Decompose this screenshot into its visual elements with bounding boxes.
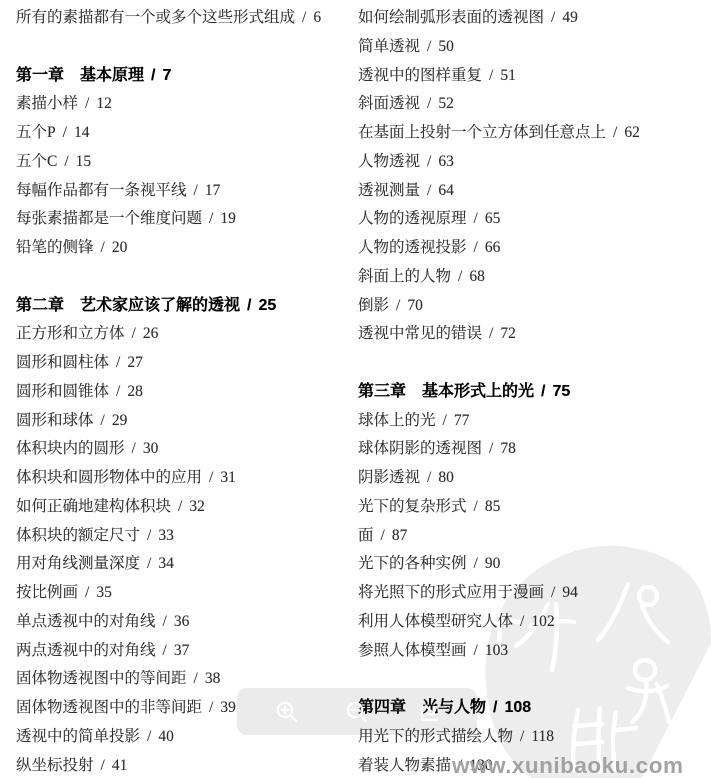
toc-entry-page: 66 xyxy=(485,239,501,256)
toc-entry-title: 每张素描都是一个维度问题 xyxy=(16,210,202,227)
toc-entry-page: 31 xyxy=(220,469,236,486)
toc-entry-page: 25 xyxy=(258,297,276,314)
toc-entry-page: 32 xyxy=(189,498,205,515)
toc-entry-separator: / xyxy=(194,670,198,687)
toc-entry-title: 透视中的简单投影 xyxy=(16,728,140,745)
toc-entry-separator: / xyxy=(474,239,478,256)
toc-entry-separator: / xyxy=(116,354,120,371)
toc-entry-title: 体积块的额定尺寸 xyxy=(16,527,140,544)
toc-entry-title: 第二章 艺术家应该了解的透视 xyxy=(16,297,240,314)
zoom-in-button[interactable] xyxy=(270,695,304,729)
toc-entry-separator: / xyxy=(427,95,431,112)
toc-entry-page: 28 xyxy=(127,383,143,400)
toc-entry-page: 68 xyxy=(469,268,485,285)
toc-entry-page: 33 xyxy=(158,527,174,544)
toc-entry: 斜面透视/52 xyxy=(358,90,708,119)
toc-entry-separator: / xyxy=(427,182,431,199)
toc-entry: 正方形和立方体/26 xyxy=(16,320,351,349)
toc-entry-separator: / xyxy=(64,153,68,170)
toc-entry-separator: / xyxy=(132,325,136,342)
toc-entry: 人物的透视投影/66 xyxy=(358,234,708,263)
toc-entry-title: 五个P xyxy=(16,124,56,141)
toc-entry-title: 单点透视中的对角线 xyxy=(16,613,156,630)
toc-entry: 将光照下的形式应用于漫画/94 xyxy=(358,579,708,608)
toc-entry-separator: / xyxy=(163,613,167,630)
toc-entry-title: 正方形和立方体 xyxy=(16,325,125,342)
toc-entry-separator: / xyxy=(381,527,385,544)
toc-entry-title: 所有的素描都有一个或多个这些形式组成 xyxy=(16,9,295,26)
toc-entry-separator: / xyxy=(474,498,478,515)
zoom-in-icon xyxy=(270,699,304,725)
toc-entry-page: 26 xyxy=(143,325,159,342)
toc-entry: 按比例画/35 xyxy=(16,579,351,608)
toc-entry: 所有的素描都有一个或多个这些形式组成/6 xyxy=(16,4,351,33)
toc-entry-separator: / xyxy=(474,555,478,572)
toc-entry-title: 球体阴影的透视图 xyxy=(358,440,482,457)
toc-entry-separator: / xyxy=(247,297,251,314)
toc-entry-separator: / xyxy=(116,383,120,400)
toc-entry-separator: / xyxy=(541,383,545,400)
toc-entry-separator: / xyxy=(132,440,136,457)
toc-entry-separator: / xyxy=(489,325,493,342)
toc-entry-title: 固体物透视图中的非等间距 xyxy=(16,699,202,716)
toc-entry-title: 体积块和圆形物体中的应用 xyxy=(16,469,202,486)
toc-entry-page: 102 xyxy=(531,613,554,630)
toc-entry-page: 29 xyxy=(112,412,128,429)
toc-chapter-entry: 第二章 艺术家应该了解的透视/25 xyxy=(16,292,351,321)
toc-entry-title: 光下的复杂形式 xyxy=(358,498,467,515)
toc-entry-page: 20 xyxy=(112,239,128,256)
viewer-toolbar xyxy=(237,688,477,735)
toc-entry-page: 70 xyxy=(407,297,423,314)
toc-entry-separator: / xyxy=(163,642,167,659)
toc-entry-separator: / xyxy=(427,153,431,170)
site-url-watermark: www.xunibaoku.com xyxy=(452,753,683,778)
toc-column-right: 如何绘制弧形表面的透视图/49 简单透视/50 透视中的图样重复/51 斜面透视… xyxy=(358,4,708,778)
toc-entry-separator: / xyxy=(147,728,151,745)
toc-entry-page: 108 xyxy=(504,699,531,716)
toc-entry-title: 如何正确地建构体积块 xyxy=(16,498,171,515)
toc-entry-title: 参照人体模型画 xyxy=(358,642,467,659)
toc-entry-separator: / xyxy=(85,584,89,601)
toc-entry: 体积块的额定尺寸/33 xyxy=(16,522,351,551)
toc-entry-page: 37 xyxy=(174,642,190,659)
toc-entry-title: 第一章 基本原理 xyxy=(16,67,144,84)
toc-entry-separator: / xyxy=(613,124,617,141)
toc-entry-title: 阴影透视 xyxy=(358,469,420,486)
toc-entry-separator: / xyxy=(396,297,400,314)
toc-entry: 光下的各种实例/90 xyxy=(358,550,708,579)
toc-entry-title: 铅笔的侧锋 xyxy=(16,239,94,256)
toc-entry-separator: / xyxy=(520,728,524,745)
toc-entry: 圆形和圆锥体/28 xyxy=(16,378,351,407)
toc-entry-title: 斜面透视 xyxy=(358,95,420,112)
toc-entry-page: 14 xyxy=(74,124,90,141)
toc-entry-title: 人物透视 xyxy=(358,153,420,170)
toc-entry-title: 按比例画 xyxy=(16,584,78,601)
toc-entry: 透视中常见的错误/72 xyxy=(358,320,708,349)
toc-entry-page: 40 xyxy=(158,728,174,745)
toc-entry: 圆形和球体/29 xyxy=(16,407,351,436)
toc-entry-title: 人物的透视原理 xyxy=(358,210,467,227)
toc-entry: 用对角线测量深度/34 xyxy=(16,550,351,579)
toc-entry: 纵坐标投射/41 xyxy=(16,752,351,778)
toc-entry: 在基面上投射一个立方体到任意点上/62 xyxy=(358,119,708,148)
toc-entry-title: 透视测量 xyxy=(358,182,420,199)
toc-entry-title: 简单透视 xyxy=(358,38,420,55)
toc-entry-page: 6 xyxy=(313,9,321,26)
toc-entry-page: 30 xyxy=(143,440,159,457)
toc-column-left: 所有的素描都有一个或多个这些形式组成/6 第一章 基本原理/7 素描小样/12 … xyxy=(16,4,351,778)
toc-entry-page: 65 xyxy=(485,210,501,227)
toc-entry-title: 将光照下的形式应用于漫画 xyxy=(358,584,544,601)
toc-entry-page: 90 xyxy=(485,555,501,572)
toc-entry-separator: / xyxy=(302,9,306,26)
toc-chapter-entry: 第一章 基本原理/7 xyxy=(16,62,351,91)
toc-entry-page: 39 xyxy=(220,699,236,716)
toc-entry-separator: / xyxy=(474,642,478,659)
toc-entry: 如何正确地建构体积块/32 xyxy=(16,493,351,522)
toc-entry-page: 64 xyxy=(438,182,454,199)
toc-entry-separator: / xyxy=(147,555,151,572)
toc-entry-page: 41 xyxy=(112,757,128,774)
toc-entry: 每幅作品都有一条视平线/17 xyxy=(16,177,351,206)
toc-entry-page: 63 xyxy=(438,153,454,170)
toc-entry-page: 7 xyxy=(162,67,171,84)
toc-entry-title: 体积块内的圆形 xyxy=(16,440,125,457)
toc-entry-title: 人物的透视投影 xyxy=(358,239,467,256)
zoom-out-icon xyxy=(340,699,374,725)
toc-entry-separator: / xyxy=(458,268,462,285)
toc-entry-title: 如何绘制弧形表面的透视图 xyxy=(358,9,544,26)
toc-entry: 利用人体模型研究人体/102 xyxy=(358,608,708,637)
toc-entry-page: 12 xyxy=(96,95,112,112)
toc-entry-title: 在基面上投射一个立方体到任意点上 xyxy=(358,124,606,141)
toc-entry-title: 透视中常见的错误 xyxy=(358,325,482,342)
toc-entry-page: 34 xyxy=(158,555,174,572)
toc-entry: 参照人体模型画/103 xyxy=(358,637,708,666)
toc-entry-separator: / xyxy=(474,210,478,227)
toc-entry-separator: / xyxy=(178,498,182,515)
toc-entry-separator: / xyxy=(489,67,493,84)
toc-entry: 五个C/15 xyxy=(16,148,351,177)
toc-entry: 圆形和圆柱体/27 xyxy=(16,349,351,378)
toc-entry-page: 80 xyxy=(438,469,454,486)
toc-entry-page: 19 xyxy=(220,210,236,227)
toc-entry: 光下的复杂形式/85 xyxy=(358,493,708,522)
toc-entry-separator: / xyxy=(551,584,555,601)
toc-chapter-entry: 第三章 基本形式上的光/75 xyxy=(358,378,708,407)
toc-entry-title: 固体物透视图中的等间距 xyxy=(16,670,187,687)
toc-entry-separator: / xyxy=(443,412,447,429)
toc-entry-page: 52 xyxy=(438,95,454,112)
toc-entry-title: 素描小样 xyxy=(16,95,78,112)
toc-entry-page: 27 xyxy=(127,354,143,371)
toc-page: PDG 所有的素描都有一个或多个这些形式组成/6 第一章 基本原理/7 素描小样… xyxy=(0,0,711,778)
toc-entry: 球体阴影的透视图/78 xyxy=(358,435,708,464)
toc-entry: 两点透视中的对角线/37 xyxy=(16,637,351,666)
toc-entry-title: 五个C xyxy=(16,153,57,170)
toc-entry-separator: / xyxy=(427,469,431,486)
toc-entry: 球体上的光/77 xyxy=(358,407,708,436)
toc-entry-title: 着装人物素描 xyxy=(358,757,451,774)
toc-entry-title: 光下的各种实例 xyxy=(358,555,467,572)
toc-entry: 单点透视中的对角线/36 xyxy=(16,608,351,637)
toc-entry-title: 球体上的光 xyxy=(358,412,436,429)
toc-entry-title: 每幅作品都有一条视平线 xyxy=(16,182,187,199)
toc-entry-page: 75 xyxy=(552,383,570,400)
toc-entry-page: 35 xyxy=(96,584,112,601)
toc-entry-title: 用对角线测量深度 xyxy=(16,555,140,572)
toc-entry-page: 17 xyxy=(205,182,221,199)
toc-entry-page: 77 xyxy=(454,412,470,429)
toc-entry-separator: / xyxy=(85,95,89,112)
fit-corner-icon xyxy=(413,699,447,725)
toc-entry-separator: / xyxy=(520,613,524,630)
toc-entry-title: 圆形和圆锥体 xyxy=(16,383,109,400)
toc-entry-title: 斜面上的人物 xyxy=(358,268,451,285)
toc-entry: 倒影/70 xyxy=(358,292,708,321)
toc-entry-page: 78 xyxy=(500,440,516,457)
toc-entry-title: 两点透视中的对角线 xyxy=(16,642,156,659)
toc-entry-separator: / xyxy=(147,527,151,544)
toc-entry: 面/87 xyxy=(358,522,708,551)
toc-entry-page: 36 xyxy=(174,613,190,630)
toc-entry: 阴影透视/80 xyxy=(358,464,708,493)
toc-entry-separator: / xyxy=(101,239,105,256)
toc-entry-separator: / xyxy=(489,440,493,457)
toc-entry-separator: / xyxy=(63,124,67,141)
toc-entry-page: 15 xyxy=(76,153,92,170)
toc-entry: 斜面上的人物/68 xyxy=(358,263,708,292)
toc-entry-title: 面 xyxy=(358,527,374,544)
toc-entry-page: 38 xyxy=(205,670,221,687)
toc-entry-title: 第三章 基本形式上的光 xyxy=(358,383,534,400)
fit-corner-button[interactable] xyxy=(413,695,447,729)
toc-entry-separator: / xyxy=(427,38,431,55)
toc-entry-separator: / xyxy=(101,757,105,774)
toc-entry-separator: / xyxy=(209,210,213,227)
toc-entry-title: 纵坐标投射 xyxy=(16,757,94,774)
toc-entry-page: 50 xyxy=(438,38,454,55)
toc-entry-page: 62 xyxy=(624,124,640,141)
toc-entry-title: 圆形和球体 xyxy=(16,412,94,429)
toc-entry: 铅笔的侧锋/20 xyxy=(16,234,351,263)
toc-entry: 人物透视/63 xyxy=(358,148,708,177)
toc-entry: 透视中的图样重复/51 xyxy=(358,62,708,91)
toc-entry-page: 87 xyxy=(392,527,408,544)
toc-entry-title: 圆形和圆柱体 xyxy=(16,354,109,371)
toc-entry: 素描小样/12 xyxy=(16,90,351,119)
toc-entry-separator: / xyxy=(194,182,198,199)
toc-entry-page: 49 xyxy=(562,9,578,26)
toc-entry-separator: / xyxy=(551,9,555,26)
toc-entry: 如何绘制弧形表面的透视图/49 xyxy=(358,4,708,33)
toc-entry: 体积块和圆形物体中的应用/31 xyxy=(16,464,351,493)
toc-entry-page: 118 xyxy=(531,728,554,745)
toc-entry: 透视测量/64 xyxy=(358,177,708,206)
zoom-out-button[interactable] xyxy=(340,695,374,729)
toc-entry-separator: / xyxy=(209,699,213,716)
toc-entry-title: 利用人体模型研究人体 xyxy=(358,613,513,630)
toc-entry-page: 94 xyxy=(562,584,578,601)
toc-entry: 体积块内的圆形/30 xyxy=(16,435,351,464)
toc-entry-page: 72 xyxy=(500,325,516,342)
toc-entry-title: 透视中的图样重复 xyxy=(358,67,482,84)
toc-entry-page: 85 xyxy=(485,498,501,515)
toc-entry-title: 倒影 xyxy=(358,297,389,314)
toc-entry-page: 103 xyxy=(485,642,508,659)
toc-entry-page: 51 xyxy=(500,67,516,84)
toc-entry-separator: / xyxy=(209,469,213,486)
toc-entry: 简单透视/50 xyxy=(358,33,708,62)
toc-entry-separator: / xyxy=(493,699,497,716)
toc-entry: 人物的透视原理/65 xyxy=(358,205,708,234)
toc-entry: 每张素描都是一个维度问题/19 xyxy=(16,205,351,234)
toc-entry: 五个P/14 xyxy=(16,119,351,148)
toc-entry-separator: / xyxy=(101,412,105,429)
toc-entry-separator: / xyxy=(151,67,155,84)
